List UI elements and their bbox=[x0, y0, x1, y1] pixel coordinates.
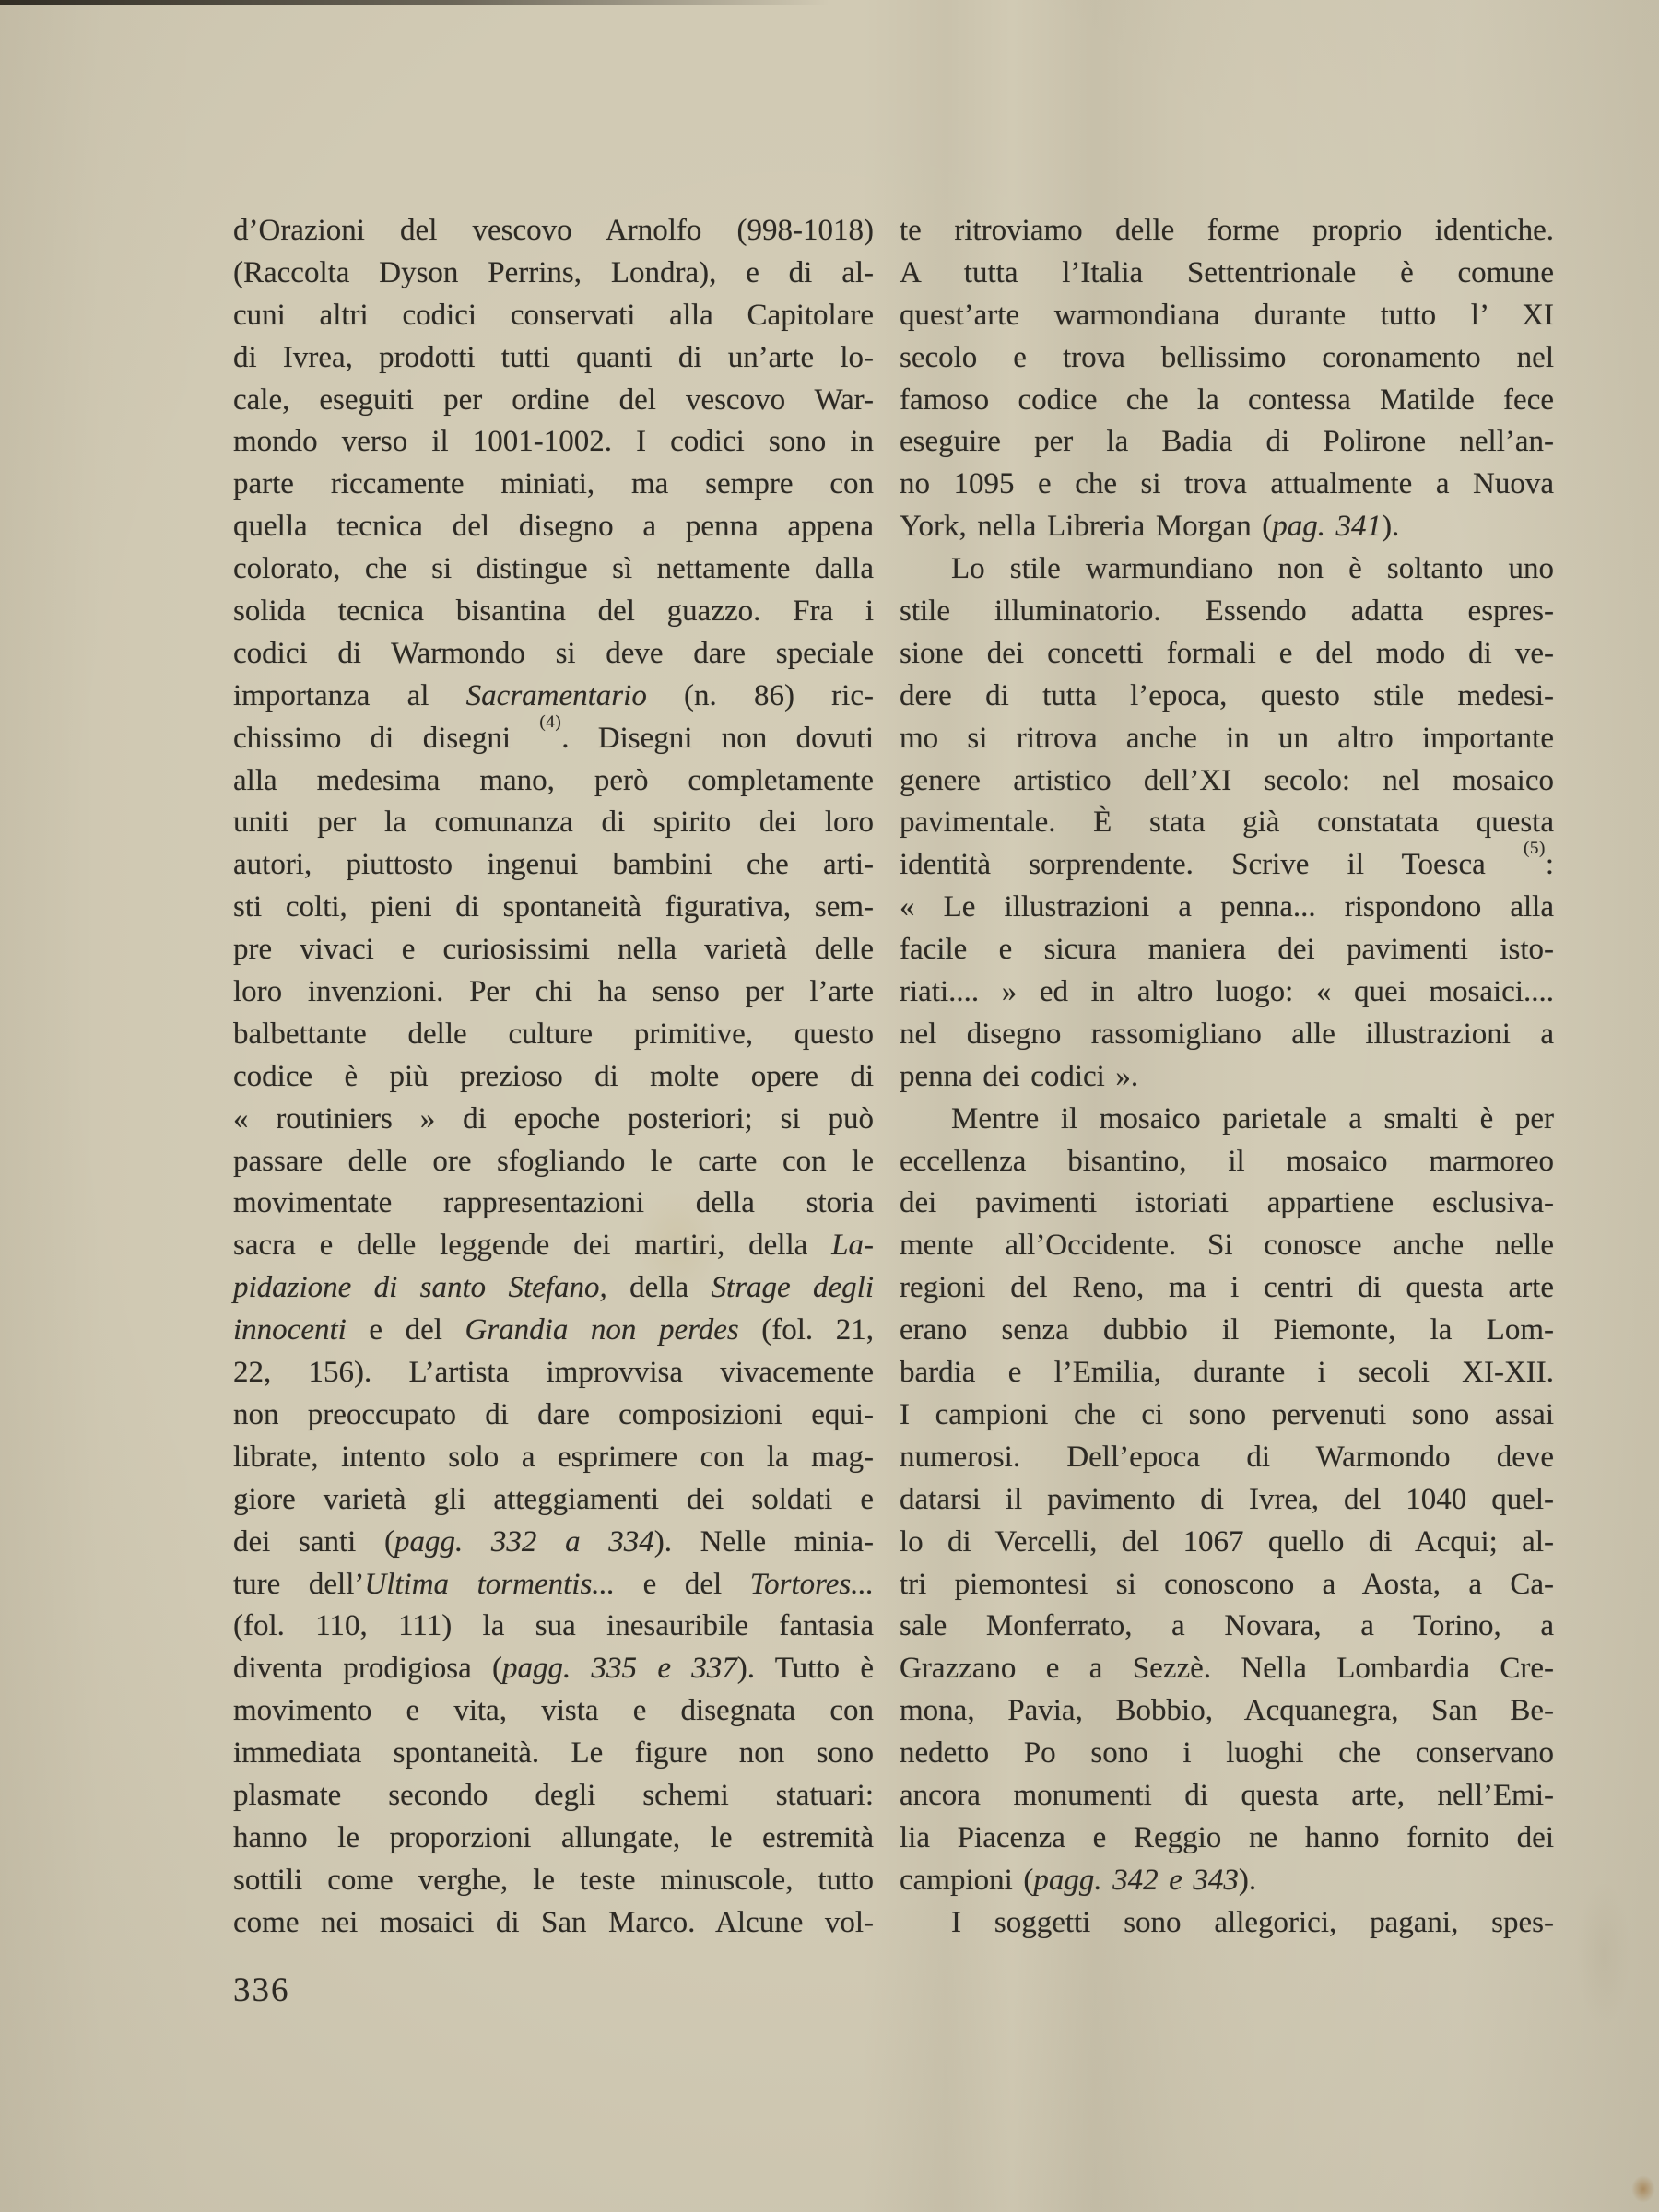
text-line: sale Monferrato, a Novara, a Torino, a bbox=[900, 1606, 1554, 1648]
text-line: quest’arte warmondiana durante tutto l’ … bbox=[900, 295, 1554, 337]
text-line: di Ivrea, prodotti tutti quanti di un’ar… bbox=[233, 337, 874, 380]
text-line: mondo verso il 1001-1002. I codici sono … bbox=[233, 421, 874, 464]
text-line: solida tecnica bisantina del guazzo. Fra… bbox=[233, 591, 874, 633]
text-line: bardia e l’Emilia, durante i secoli XI-X… bbox=[900, 1352, 1554, 1394]
text-line: (Raccolta Dyson Perrins, Londra), e di a… bbox=[233, 253, 874, 295]
text-line: alla medesima mano, però completamente bbox=[233, 760, 874, 803]
text-line: parte riccamente miniati, ma sempre con bbox=[233, 464, 874, 506]
text-line: numerosi. Dell’epoca di Warmondo deve bbox=[900, 1437, 1554, 1479]
page-stain bbox=[1576, 1880, 1631, 2028]
text-line: loro invenzioni. Per chi ha senso per l’… bbox=[233, 971, 874, 1014]
text-line: eccellenza bisantino, il mosaico marmore… bbox=[900, 1141, 1554, 1183]
text-line: pavimentale. È stata già constatata ques… bbox=[900, 802, 1554, 844]
text-line: mona, Pavia, Bobbio, Acquanegra, San Be- bbox=[900, 1690, 1554, 1733]
text-line: cale, eseguiti per ordine del vescovo Wa… bbox=[233, 380, 874, 422]
text-line: stile illuminatorio. Essendo adatta espr… bbox=[900, 591, 1554, 633]
text-line: come nei mosaici di San Marco. Alcune vo… bbox=[233, 1902, 874, 1945]
text-line: sione dei concetti formali e del modo di… bbox=[900, 633, 1554, 676]
text-line: facile e sicura maniera dei pavimenti is… bbox=[900, 929, 1554, 971]
right-text-column: te ritroviamo delle forme proprio identi… bbox=[900, 210, 1554, 1945]
text-line: ancora monumenti di questa arte, nell’Em… bbox=[900, 1775, 1554, 1818]
text-line: hanno le proporzioni allungate, le estre… bbox=[233, 1818, 874, 1860]
text-line: autori, piuttosto ingenui bambini che ar… bbox=[233, 844, 874, 887]
text-line: mo si ritrova anche in un altro importan… bbox=[900, 718, 1554, 760]
text-line: penna dei codici ». bbox=[900, 1056, 1554, 1099]
page-number: 336 bbox=[233, 1971, 290, 2010]
text-line: regioni del Reno, ma i centri di questa … bbox=[900, 1267, 1554, 1310]
text-line: 22, 156). L’artista improvvisa vivacemen… bbox=[233, 1352, 874, 1394]
text-line: « Le illustrazioni a penna... rispondono… bbox=[900, 887, 1554, 929]
text-line: plasmate secondo degli schemi statuari: bbox=[233, 1775, 874, 1818]
text-line: Grazzano e a Sezzè. Nella Lombardia Cre- bbox=[900, 1648, 1554, 1690]
text-line: non preoccupato di dare composizioni equ… bbox=[233, 1394, 874, 1437]
text-line: codici di Warmondo si deve dare speciale bbox=[233, 633, 874, 676]
text-line: famoso codice che la contessa Matilde fe… bbox=[900, 380, 1554, 422]
text-line: genere artistico dell’XI secolo: nel mos… bbox=[900, 760, 1554, 803]
text-line: dei santi (pagg. 332 a 334). Nelle minia… bbox=[233, 1522, 874, 1564]
text-line: Mentre il mosaico parietale a smalti è p… bbox=[900, 1099, 1554, 1141]
text-line: datarsi il pavimento di Ivrea, del 1040 … bbox=[900, 1479, 1554, 1522]
text-line: te ritroviamo delle forme proprio identi… bbox=[900, 210, 1554, 253]
text-line: innocenti e del Grandia non perdes (fol.… bbox=[233, 1310, 874, 1352]
text-line: tri piemontesi si conoscono a Aosta, a C… bbox=[900, 1564, 1554, 1606]
text-line: dere di tutta l’epoca, questo stile mede… bbox=[900, 676, 1554, 718]
text-line: secolo e trova bellissimo coronamento ne… bbox=[900, 337, 1554, 380]
text-line: identità sorprendente. Scrive il Toesca … bbox=[900, 844, 1554, 887]
text-line: chissimo di disegni (4). Disegni non dov… bbox=[233, 718, 874, 760]
text-line: balbettante delle culture primitive, que… bbox=[233, 1014, 874, 1056]
text-line: erano senza dubbio il Piemonte, la Lom- bbox=[900, 1310, 1554, 1352]
text-line: movimentate rappresentazioni della stori… bbox=[233, 1182, 874, 1225]
text-line: sti colti, pieni di spontaneità figurati… bbox=[233, 887, 874, 929]
text-line: sottili come verghe, le teste minuscole,… bbox=[233, 1860, 874, 1902]
text-line: lia Piacenza e Reggio ne hanno fornito d… bbox=[900, 1818, 1554, 1860]
text-line: importanza al Sacramentario (n. 86) ric- bbox=[233, 676, 874, 718]
text-line: d’Orazioni del vescovo Arnolfo (998-1018… bbox=[233, 210, 874, 253]
text-line: diventa prodigiosa (pagg. 335 e 337). Tu… bbox=[233, 1648, 874, 1690]
text-line: giore varietà gli atteggiamenti dei sold… bbox=[233, 1479, 874, 1522]
text-line: Lo stile warmundiano non è soltanto uno bbox=[900, 548, 1554, 591]
text-line: riati.... » ed in altro luogo: « quei mo… bbox=[900, 971, 1554, 1014]
text-line: pre vivaci e curiosissimi nella varietà … bbox=[233, 929, 874, 971]
text-line: (fol. 110, 111) la sua inesauribile fant… bbox=[233, 1606, 874, 1648]
text-line: « routiniers » di epoche posteriori; si … bbox=[233, 1099, 874, 1141]
text-line: quella tecnica del disegno a penna appen… bbox=[233, 506, 874, 548]
text-line: York, nella Libreria Morgan (pag. 341). bbox=[900, 506, 1554, 548]
text-line: no 1095 e che si trova attualmente a Nuo… bbox=[900, 464, 1554, 506]
text-line: colorato, che si distingue sì nettamente… bbox=[233, 548, 874, 591]
text-line: pidazione di santo Stefano, della Strage… bbox=[233, 1267, 874, 1310]
scan-top-edge bbox=[0, 0, 829, 5]
text-line: passare delle ore sfogliando le carte co… bbox=[233, 1141, 874, 1183]
text-line: lo di Vercelli, del 1067 quello di Acqui… bbox=[900, 1522, 1554, 1564]
text-line: uniti per la comunanza di spirito dei lo… bbox=[233, 802, 874, 844]
text-line: ture dell’Ultima tormentis... e del Tort… bbox=[233, 1564, 874, 1606]
left-text-column: d’Orazioni del vescovo Arnolfo (998-1018… bbox=[233, 210, 874, 1945]
page-stain bbox=[1631, 2175, 1655, 2203]
text-line: librate, intento solo a esprimere con la… bbox=[233, 1437, 874, 1479]
text-line: eseguire per la Badia di Polirone nell’a… bbox=[900, 421, 1554, 464]
text-line: campioni (pagg. 342 e 343). bbox=[900, 1860, 1554, 1902]
text-line: A tutta l’Italia Settentrionale è comune bbox=[900, 253, 1554, 295]
text-line: nedetto Po sono i luoghi che conservano bbox=[900, 1733, 1554, 1775]
text-line: I campioni che ci sono pervenuti sono as… bbox=[900, 1394, 1554, 1437]
text-line: I soggetti sono allegorici, pagani, spes… bbox=[900, 1902, 1554, 1945]
text-line: immediata spontaneità. Le figure non son… bbox=[233, 1733, 874, 1775]
text-line: mente all’Occidente. Si conosce anche ne… bbox=[900, 1225, 1554, 1267]
text-line: dei pavimenti istoriati appartiene esclu… bbox=[900, 1182, 1554, 1225]
text-line: codice è più prezioso di molte opere di bbox=[233, 1056, 874, 1099]
text-line: nel disegno rassomigliano alle illustraz… bbox=[900, 1014, 1554, 1056]
text-line: sacra e delle leggende dei martiri, dell… bbox=[233, 1225, 874, 1267]
text-line: cuni altri codici conservati alla Capito… bbox=[233, 295, 874, 337]
text-line: movimento e vita, vista e disegnata con bbox=[233, 1690, 874, 1733]
scanned-book-page: d’Orazioni del vescovo Arnolfo (998-1018… bbox=[0, 0, 1659, 2212]
